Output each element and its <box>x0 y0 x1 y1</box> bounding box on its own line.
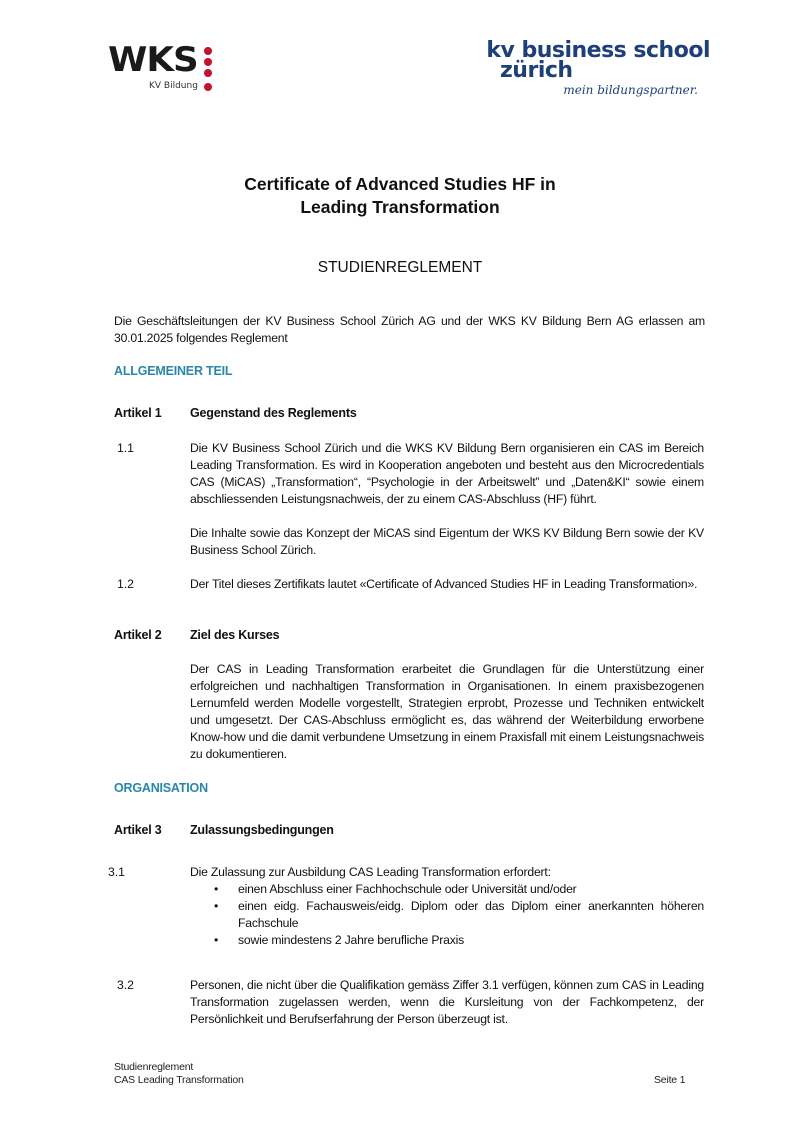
clause-3-1-intro: Die Zulassung zur Ausbildung CAS Leading… <box>190 864 704 881</box>
section-heading-general: ALLGEMEINER TEIL <box>114 364 232 378</box>
article-3-title: Zulassungsbedingungen <box>190 823 334 837</box>
page-number: Seite 1 <box>654 1074 685 1087</box>
clause-1-1-text-2: Die Inhalte sowie das Konzept der MiCAS … <box>190 525 704 559</box>
list-item: •einen Abschluss einer Fachhochschule od… <box>190 881 704 898</box>
kv-logo-tagline: mein bildungspartner. <box>563 83 698 97</box>
article-2-title: Ziel des Kurses <box>190 628 279 642</box>
footer-doc-name: Studienreglement <box>114 1061 244 1074</box>
logo-dot-icon <box>204 58 212 66</box>
clause-3-1-text: Die Zulassung zur Ausbildung CAS Leading… <box>190 864 704 949</box>
kv-logo-line2: zürich <box>500 58 573 84</box>
list-item: •sowie mindestens 2 Jahre berufliche Pra… <box>190 932 704 949</box>
logo-dot-icon <box>204 83 212 91</box>
intro-paragraph: Die Geschäftsleitungen der KV Business S… <box>114 313 705 347</box>
title-line-2: Leading Transformation <box>0 196 800 219</box>
wks-logo-text: WKS <box>108 40 198 80</box>
footer-course-name: CAS Leading Transformation <box>114 1074 244 1087</box>
footer-left: Studienreglement CAS Leading Transformat… <box>114 1061 244 1087</box>
clause-1-1-text: Die KV Business School Zürich und die WK… <box>190 440 704 508</box>
clause-number: 3.1 <box>108 865 125 879</box>
document-title: Certificate of Advanced Studies HF in Le… <box>0 173 800 219</box>
logo-dot-icon <box>204 47 212 55</box>
section-heading-organisation: ORGANISATION <box>114 781 208 795</box>
clause-number: 3.2 <box>117 978 134 992</box>
title-line-1: Certificate of Advanced Studies HF in <box>0 173 800 196</box>
document-subtitle: STUDIENREGLEMENT <box>0 259 800 277</box>
clause-number: 1.1 <box>117 441 134 455</box>
bullet-icon: • <box>214 881 218 898</box>
bullet-icon: • <box>214 898 218 915</box>
kv-business-school-logo: kv business school zürich mein bildungsp… <box>480 38 710 102</box>
article-3-label: Artikel 3 <box>114 823 162 837</box>
bullet-icon: • <box>214 932 218 949</box>
article-1-label: Artikel 1 <box>114 406 162 420</box>
clause-1-2-text: Der Titel dieses Zertifikats lautet «Cer… <box>190 576 704 593</box>
list-item: •einen eidg. Fachausweis/eidg. Diplom od… <box>190 898 704 932</box>
wks-logo-subtitle: KV Bildung <box>149 81 198 91</box>
article-2-label: Artikel 2 <box>114 628 162 642</box>
article-2-text: Der CAS in Leading Transformation erarbe… <box>190 661 704 763</box>
clause-number: 1.2 <box>117 577 134 591</box>
clause-3-2-text: Personen, die nicht über die Qualifikati… <box>190 977 704 1028</box>
logo-dot-icon <box>204 69 212 77</box>
wks-logo: WKS KV Bildung <box>108 40 218 100</box>
article-1-title: Gegenstand des Reglements <box>190 406 357 420</box>
requirements-list: •einen Abschluss einer Fachhochschule od… <box>190 881 704 949</box>
